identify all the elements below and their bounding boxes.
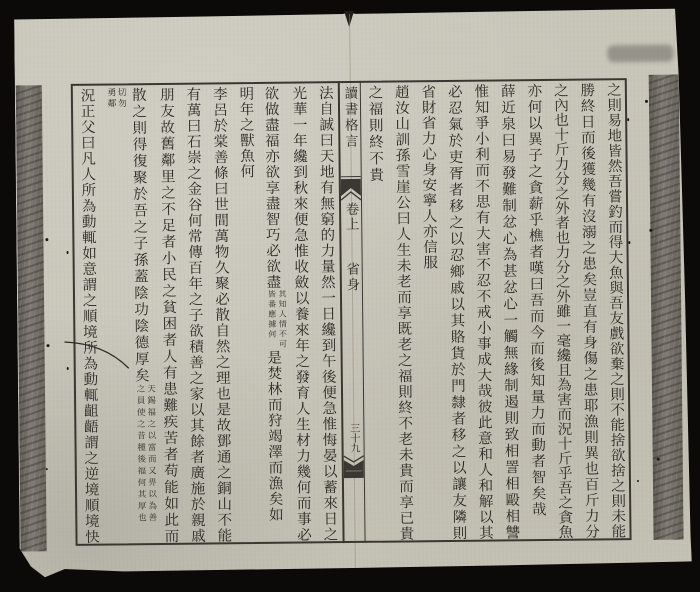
book-leaf-scan: 讀書格言 卷上 省身 三十九 之則易地皆然吾嘗釣而得大魚與吾友戲欲棄之則不能捨欲… bbox=[0, 0, 700, 592]
ink-speck bbox=[45, 238, 48, 241]
ink-speck bbox=[657, 458, 660, 461]
ink-speck bbox=[645, 100, 648, 103]
ink-speck bbox=[628, 241, 630, 244]
ink-speck bbox=[46, 344, 49, 347]
ink-speck bbox=[627, 118, 629, 121]
ink-speck bbox=[637, 480, 639, 482]
stray-hair-mark bbox=[0, 0, 700, 592]
ink-speck bbox=[67, 251, 69, 254]
ink-speck bbox=[46, 468, 48, 470]
ink-speck bbox=[649, 229, 652, 232]
ink-speck bbox=[67, 367, 69, 370]
